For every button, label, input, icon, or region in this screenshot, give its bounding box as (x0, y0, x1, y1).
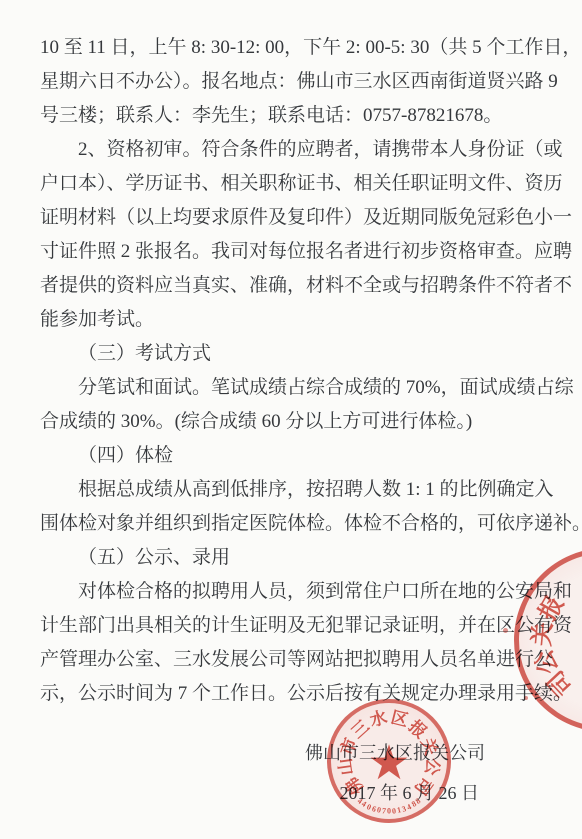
document-line: 合成绩的 30%。(综合成绩 60 分以上方可进行体检。) (40, 405, 544, 439)
paragraph: （四）体检 (40, 439, 544, 473)
document-line: 能参加考试。 (40, 303, 544, 337)
document-line: 号三楼；联系人：李先生；联系电话：0757-87821678。 (40, 99, 544, 133)
document-line: 产管理办公室、三水发展公司等网站把拟聘用人员名单进行公 (40, 643, 544, 677)
paragraph: 根据总成绩从高到低排序，按招聘人数 1: 1 的比例确定入围体检对象并组织到指定… (40, 473, 544, 541)
document-line: （三）考试方式 (40, 337, 544, 371)
signature-date: 2017 年 6 月 26 日 (305, 776, 479, 810)
document-line: 对体检合格的拟聘用人员，须到常住户口所在地的公安局和 (40, 575, 544, 609)
document-line: （五）公示、录用 (40, 541, 544, 575)
document-line: 分笔试和面试。笔试成绩占综合成绩的 70%，面试成绩占综 (40, 371, 544, 405)
signature-company: 佛山市三水区报关公司 (305, 736, 485, 770)
signature-block: 佛山市三水区报关公司 2017 年 6 月 26 日 (305, 736, 485, 810)
document-line: 户口本）、学历证书、相关职称证书、相关任职证明文件、资历 (40, 167, 544, 201)
paragraph: 分笔试和面试。笔试成绩占综合成绩的 70%，面试成绩占综合成绩的 30%。(综合… (40, 371, 544, 439)
document-line: 证明材料（以上均要求原件及复印件）及近期同版免冠彩色小一 (40, 201, 544, 235)
document-line: 10 至 11 日，上午 8: 30-12: 00，下午 2: 00-5: 30… (40, 31, 544, 65)
paragraph: （三）考试方式 (40, 337, 544, 371)
document-body: 10 至 11 日，上午 8: 30-12: 00，下午 2: 00-5: 30… (40, 31, 544, 711)
document-line: 围体检对象并组织到指定医院体检。体检不合格的，可依序递补。 (40, 507, 544, 541)
document-line: 计生部门出具相关的计生证明及无犯罪记录证明，并在区公有资 (40, 609, 544, 643)
paragraph: 对体检合格的拟聘用人员，须到常住户口所在地的公安局和计生部门出具相关的计生证明及… (40, 575, 544, 711)
document-line: 星期六日不办公）。报名地点：佛山市三水区西南街道贤兴路 9 (40, 65, 544, 99)
document-line: 2、资格初审。符合条件的应聘者，请携带本人身份证（或 (40, 133, 544, 167)
paragraph: 10 至 11 日，上午 8: 30-12: 00，下午 2: 00-5: 30… (40, 31, 544, 133)
document-line: 寸证件照 2 张报名。我司对每位报名者进行初步资格审查。应聘 (40, 235, 544, 269)
paragraph: （五）公示、录用 (40, 541, 544, 575)
paragraph: 2、资格初审。符合条件的应聘者，请携带本人身份证（或户口本）、学历证书、相关职称… (40, 133, 544, 337)
ink-speck (503, 628, 508, 633)
document-line: 根据总成绩从高到低排序，按招聘人数 1: 1 的比例确定入 (40, 473, 544, 507)
document-line: （四）体检 (40, 439, 544, 473)
ink-speck (524, 696, 528, 700)
document-line: 者提供的资料应当真实、准确，材料不全或与招聘条件不符者不 (40, 269, 544, 303)
document-page: 10 至 11 日，上午 8: 30-12: 00，下午 2: 00-5: 30… (0, 0, 582, 839)
document-line: 示，公示时间为 7 个工作日。公示后按有关规定办理录用手续。 (40, 677, 544, 711)
